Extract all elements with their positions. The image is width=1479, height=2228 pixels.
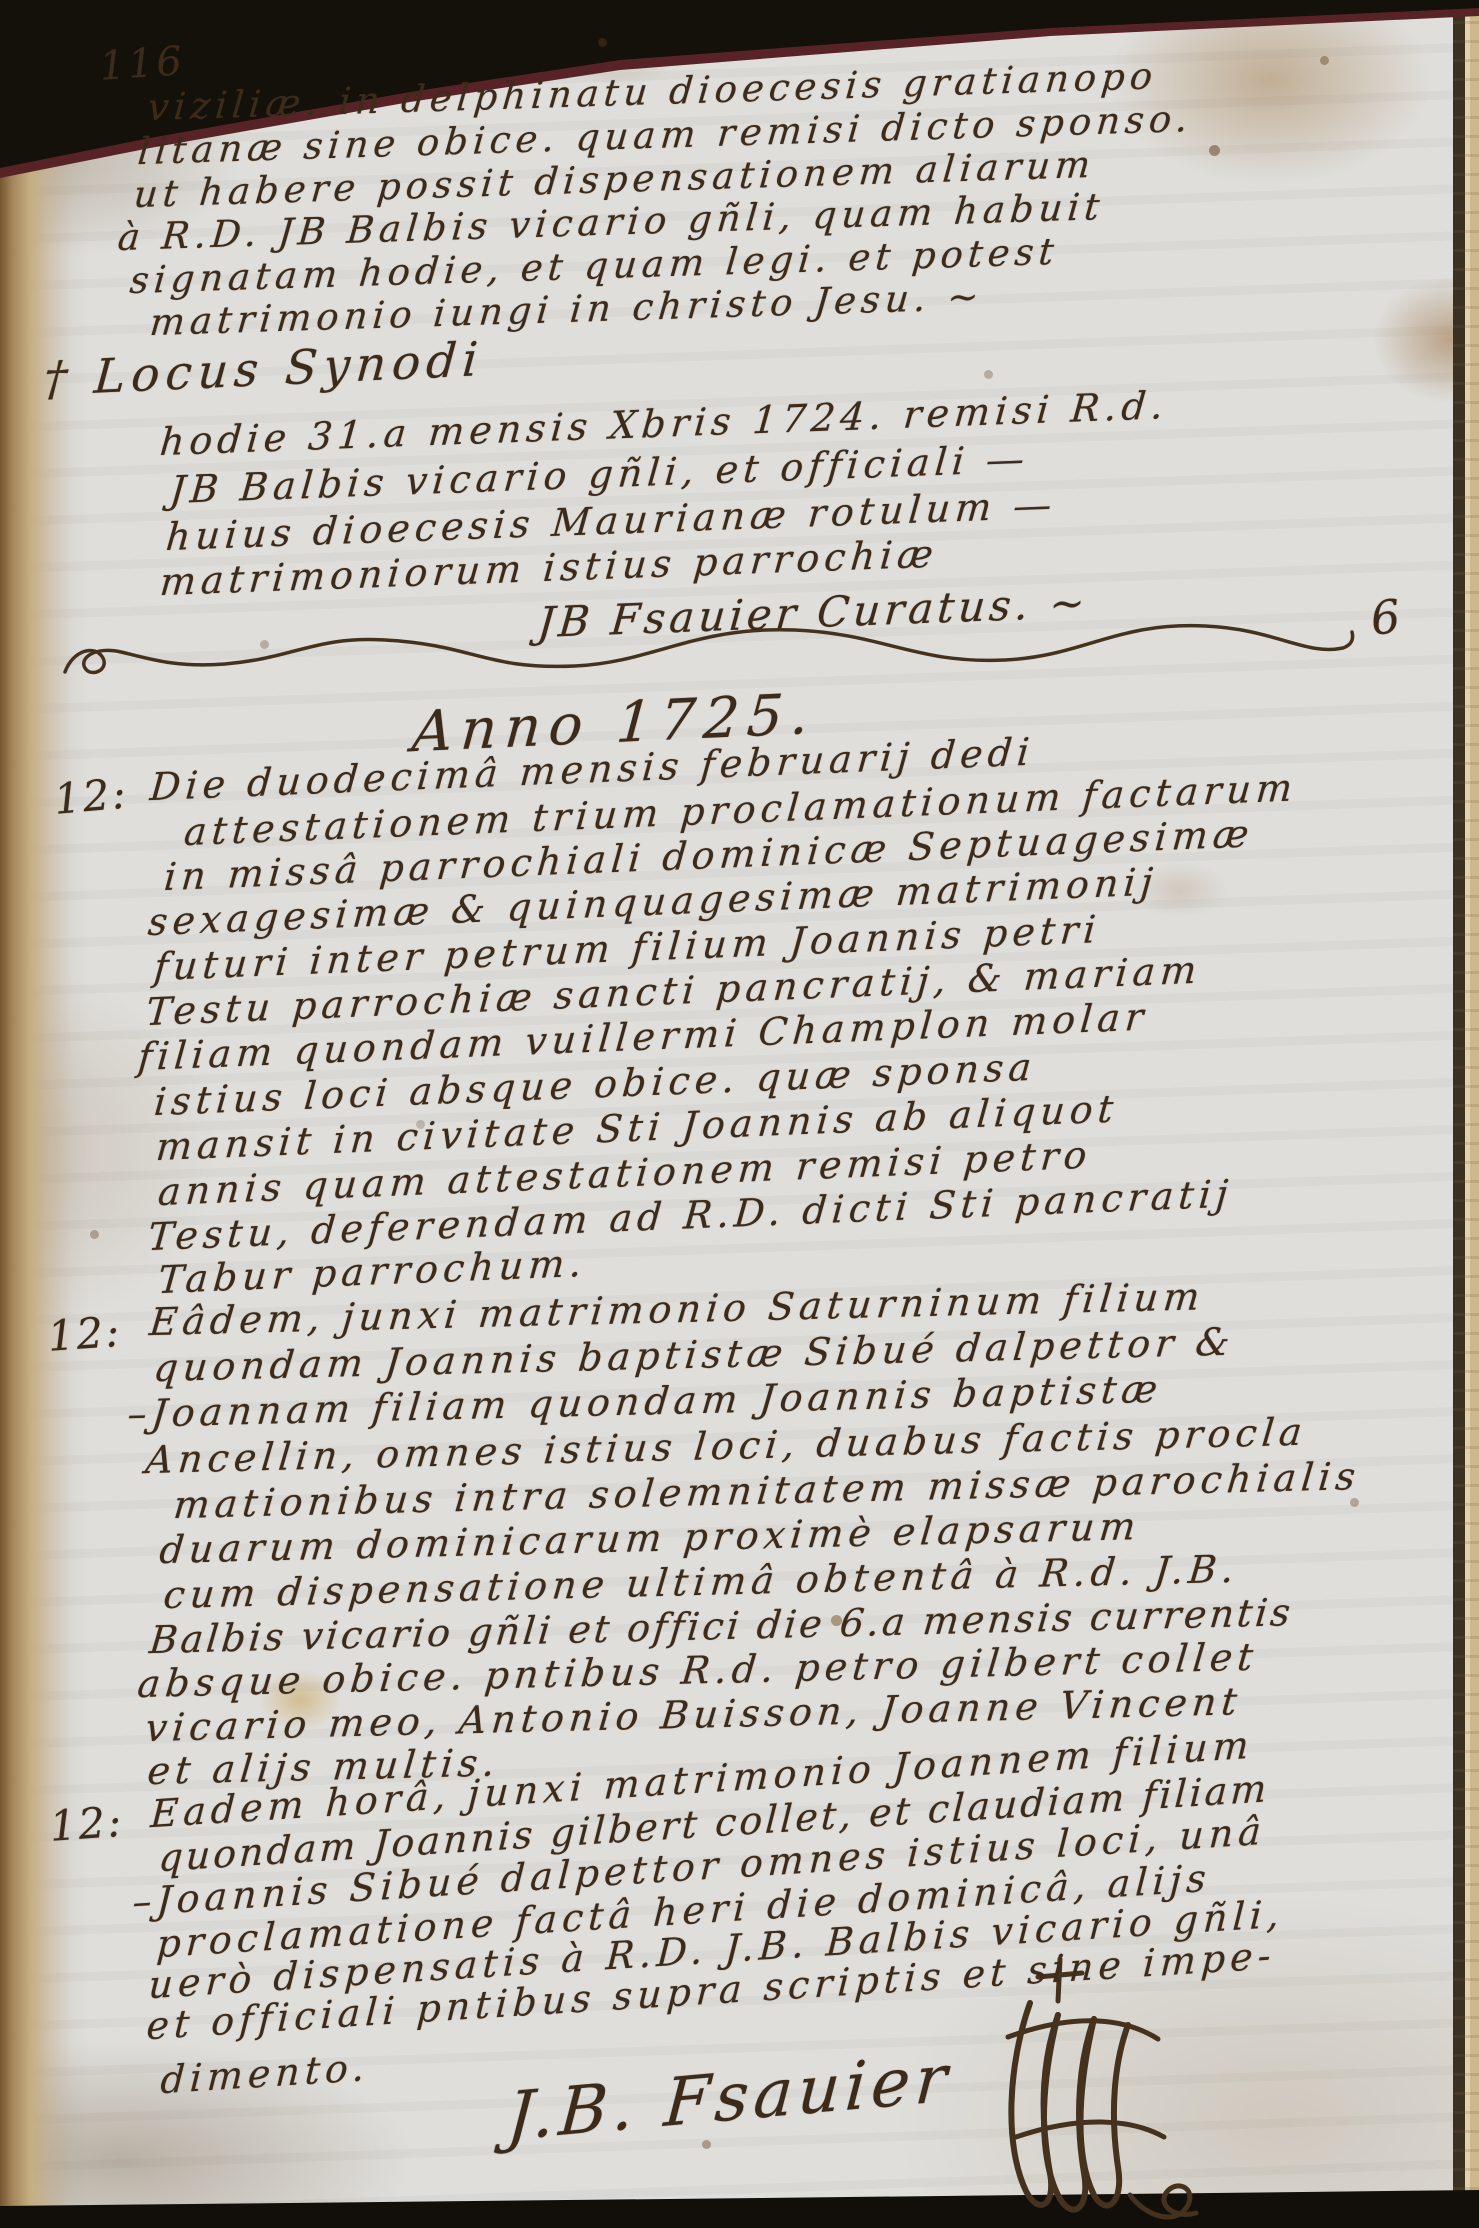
entry-day-number: 12:	[46, 1307, 123, 1361]
folio-number: 116	[98, 38, 186, 90]
ink-specks	[0, 0, 5, 5]
manuscript-page-scan: 116 viziliæ. in delphinatu dioecesis gra…	[0, 0, 1479, 2228]
entry-day-number: 12:	[52, 769, 130, 824]
cross-mark-icon: †	[42, 351, 76, 408]
marginal-mark: 6	[1368, 588, 1408, 645]
fore-edge-pages	[1453, 0, 1479, 2228]
entry-day-number: 12:	[48, 1797, 125, 1851]
binding-edge	[0, 0, 72, 2228]
